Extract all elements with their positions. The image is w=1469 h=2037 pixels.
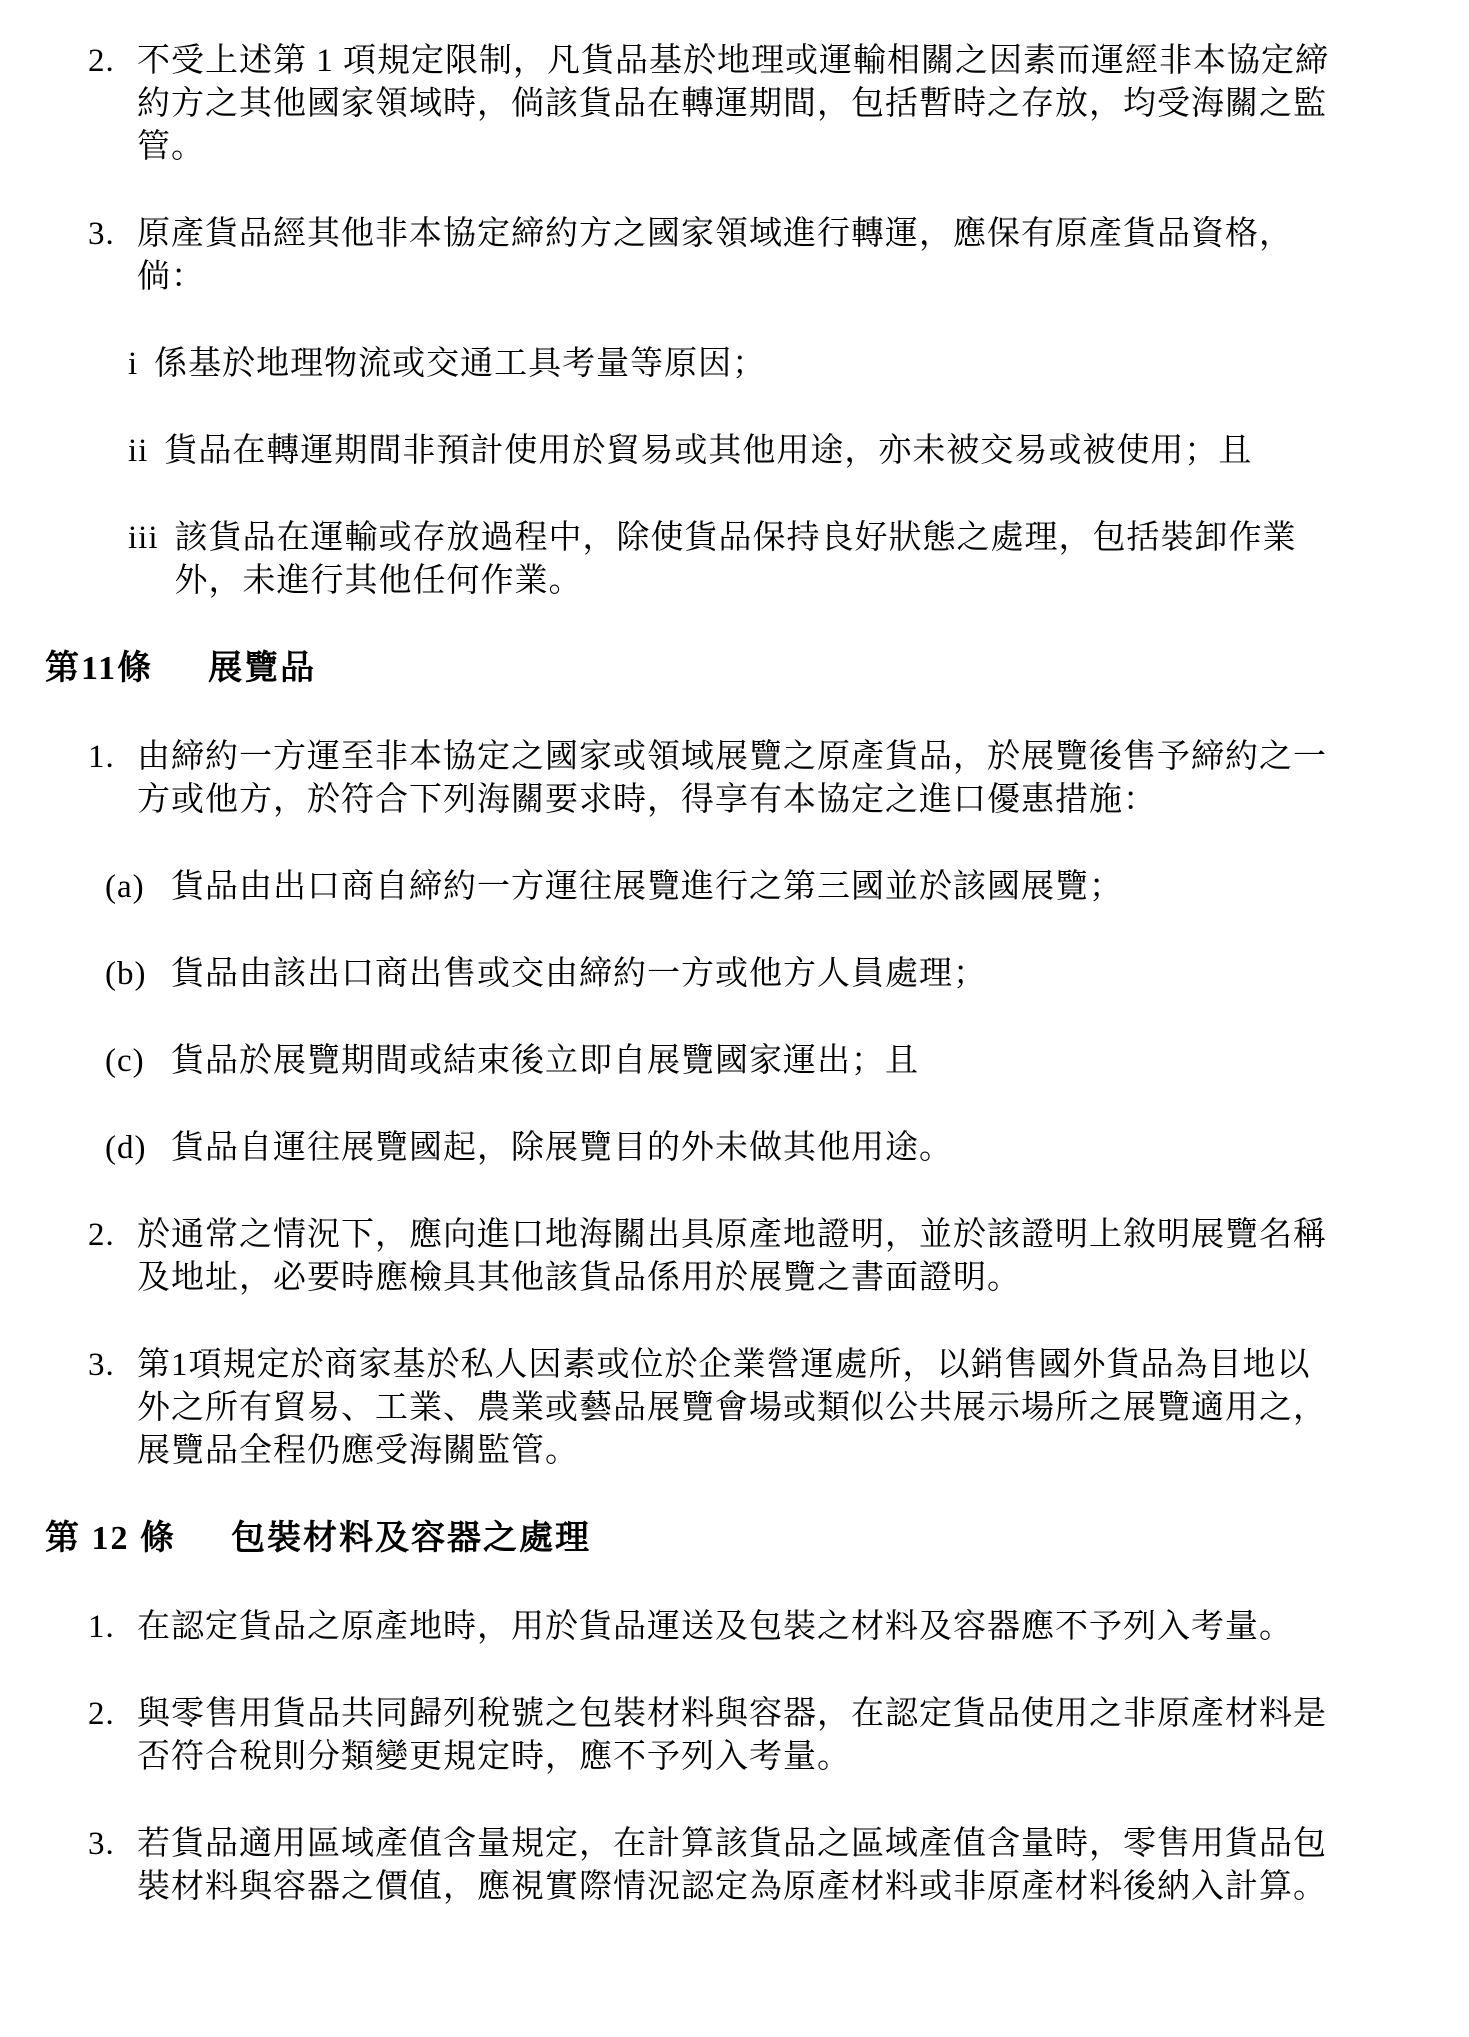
roman-item: iii該貨品在運輸或存放過程中，除使貨品保持良好狀態之處理，包括裝卸作業外，未進… — [128, 517, 1337, 603]
item-number: 3. — [88, 1344, 137, 1473]
numbered-item: 1.在認定貨品之原產地時，用於貨品運送及包裝之材料及容器應不予列入考量。 — [88, 1606, 1337, 1649]
item-number: 1. — [88, 1606, 137, 1649]
item-number: ii — [128, 430, 148, 473]
article-number: 第11條 — [45, 647, 153, 690]
item-text: 在認定貨品之原產地時，用於貨品運送及包裝之材料及容器應不予列入考量。 — [137, 1606, 1337, 1649]
article-heading: 第11條展覽品 — [45, 647, 1337, 690]
roman-item: ii貨品在轉運期間非預計使用於貿易或其他用途，亦未被交易或被使用；且 — [128, 430, 1337, 473]
item-number: 3. — [88, 213, 137, 299]
item-number: (c) — [105, 1040, 171, 1083]
numbered-item: 3.第1項規定於商家基於私人因素或位於企業營運處所，以銷售國外貨品為目地以外之所… — [88, 1344, 1337, 1473]
item-number: iii — [128, 517, 159, 603]
item-text: 由締約一方運至非本協定之國家或領域展覽之原產貨品，於展覽後售予締約之一方或他方，… — [137, 736, 1337, 822]
item-number: i — [128, 343, 138, 386]
item-text: 係基於地理物流或交通工具考量等原因； — [154, 343, 1337, 386]
document-body: 2.不受上述第 1 項規定限制，凡貨品基於地理或運輸相關之因素而運經非本協定締約… — [0, 40, 1337, 1909]
item-text: 於通常之情況下，應向進口地海關出具原產地證明，並於該證明上敘明展覽名稱及地址，必… — [137, 1214, 1337, 1300]
item-text: 若貨品適用區域產值含量規定，在計算該貨品之區域產值含量時，零售用貨品包裝材料與容… — [137, 1823, 1337, 1909]
lettered-item: (a)貨品由出口商自締約一方運往展覽進行之第三國並於該國展覽； — [105, 866, 1337, 909]
article-number: 第 12 條 — [45, 1517, 176, 1560]
item-number: (d) — [105, 1127, 171, 1170]
item-number: 2. — [88, 40, 137, 169]
item-text: 貨品自運往展覽國起，除展覽目的外未做其他用途。 — [171, 1127, 1337, 1170]
item-number: 2. — [88, 1693, 137, 1779]
item-text: 貨品由出口商自締約一方運往展覽進行之第三國並於該國展覽； — [171, 866, 1337, 909]
item-text: 貨品在轉運期間非預計使用於貿易或其他用途，亦未被交易或被使用；且 — [164, 430, 1337, 473]
numbered-item: 2.與零售用貨品共同歸列稅號之包裝材料與容器，在認定貨品使用之非原產材料是否符合… — [88, 1693, 1337, 1779]
item-text: 不受上述第 1 項規定限制，凡貨品基於地理或運輸相關之因素而運經非本協定締約方之… — [137, 40, 1337, 169]
article-title: 包裝材料及容器之處理 — [231, 1517, 591, 1560]
article-title: 展覽品 — [208, 647, 316, 690]
item-number: 1. — [88, 736, 137, 822]
numbered-item: 1.由締約一方運至非本協定之國家或領域展覽之原產貨品，於展覽後售予締約之一方或他… — [88, 736, 1337, 822]
item-text: 貨品於展覽期間或結束後立即自展覽國家運出；且 — [171, 1040, 1337, 1083]
item-number: (b) — [105, 953, 171, 996]
item-text: 與零售用貨品共同歸列稅號之包裝材料與容器，在認定貨品使用之非原產材料是否符合稅則… — [137, 1693, 1337, 1779]
document-page: 2.不受上述第 1 項規定限制，凡貨品基於地理或運輸相關之因素而運經非本協定締約… — [0, 0, 1469, 2037]
item-text: 原產貨品經其他非本協定締約方之國家領域進行轉運，應保有原產貨品資格，倘： — [137, 213, 1337, 299]
roman-item: i係基於地理物流或交通工具考量等原因； — [128, 343, 1337, 386]
numbered-item: 2.於通常之情況下，應向進口地海關出具原產地證明，並於該證明上敘明展覽名稱及地址… — [88, 1214, 1337, 1300]
item-number: 2. — [88, 1214, 137, 1300]
lettered-item: (c)貨品於展覽期間或結束後立即自展覽國家運出；且 — [105, 1040, 1337, 1083]
numbered-item: 2.不受上述第 1 項規定限制，凡貨品基於地理或運輸相關之因素而運經非本協定締約… — [88, 40, 1337, 169]
item-number: 3. — [88, 1823, 137, 1909]
item-text: 貨品由該出口商出售或交由締約一方或他方人員處理； — [171, 953, 1337, 996]
item-text: 第1項規定於商家基於私人因素或位於企業營運處所，以銷售國外貨品為目地以外之所有貿… — [137, 1344, 1337, 1473]
numbered-item: 3.若貨品適用區域產值含量規定，在計算該貨品之區域產值含量時，零售用貨品包裝材料… — [88, 1823, 1337, 1909]
numbered-item: 3.原產貨品經其他非本協定締約方之國家領域進行轉運，應保有原產貨品資格，倘： — [88, 213, 1337, 299]
lettered-item: (d)貨品自運往展覽國起，除展覽目的外未做其他用途。 — [105, 1127, 1337, 1170]
lettered-item: (b)貨品由該出口商出售或交由締約一方或他方人員處理； — [105, 953, 1337, 996]
item-number: (a) — [105, 866, 171, 909]
item-text: 該貨品在運輸或存放過程中，除使貨品保持良好狀態之處理，包括裝卸作業外，未進行其他… — [175, 517, 1337, 603]
article-heading: 第 12 條包裝材料及容器之處理 — [45, 1517, 1337, 1560]
